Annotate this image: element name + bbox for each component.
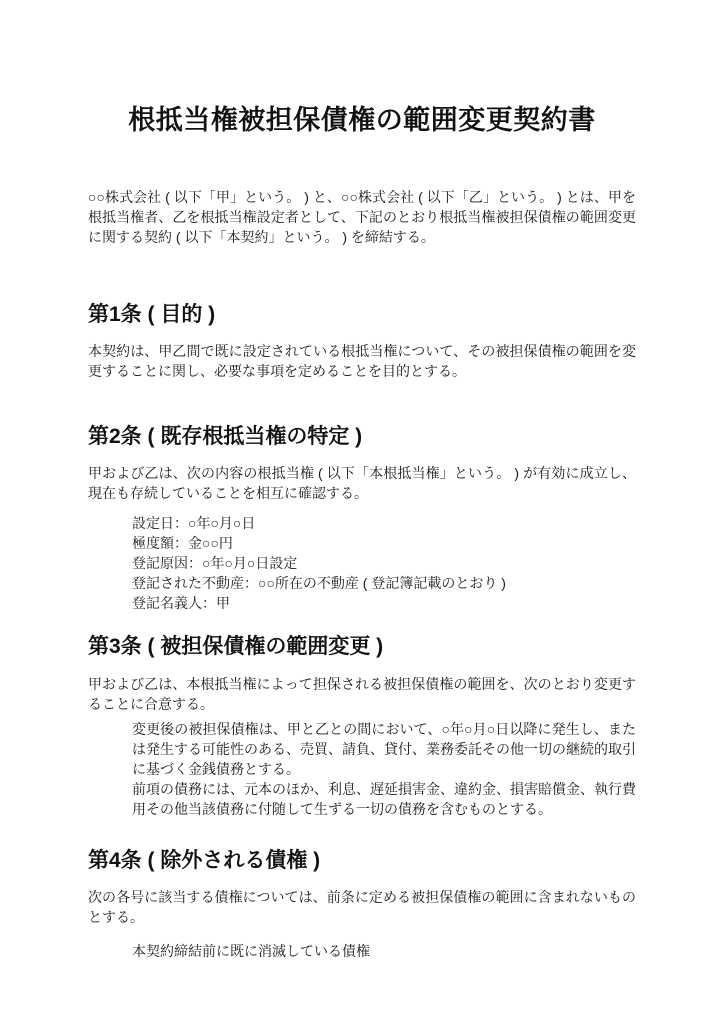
contract-page: 根抵当権被担保債権の範囲変更契約書 ○○株式会社 ( 以下「甲」という。 ) と…	[0, 0, 724, 1024]
article-3-detail-list: 変更後の被担保債権は、甲と乙との間において、○年○月○日以降に発生し、または発生…	[132, 720, 636, 819]
document-title: 根抵当権被担保債権の範囲変更契約書	[88, 104, 636, 136]
list-item: 登記された不動産：○○所在の不動産 ( 登記簿記載のとおり )	[132, 574, 636, 594]
list-item: 設定日：○年○月○日	[132, 514, 636, 534]
list-item: 本契約締結前に既に消滅している債権	[132, 942, 636, 962]
section-article-1: 第1条 ( 目的 ) 本契約は、甲乙間で既に設定されている根抵当権について、その…	[88, 302, 636, 382]
article-4-detail-list: 本契約締結前に既に消滅している債権	[132, 942, 636, 962]
section-article-2: 第2条 ( 既存根抵当権の特定 ) 甲および乙は、次の内容の根抵当権 ( 以下「…	[88, 424, 636, 613]
list-item: 変更後の被担保債権は、甲と乙との間において、○年○月○日以降に発生し、または発生…	[132, 720, 636, 780]
article-4-body: 次の各号に該当する債権については、前条に定める被担保債権の範囲に含まれないものと…	[88, 888, 636, 928]
article-2-detail-list: 設定日：○年○月○日 極度額：金○○円 登記原因：○年○月○日設定 登記された不…	[132, 514, 636, 613]
article-3-heading: 第3条 ( 被担保債権の範囲変更 )	[88, 634, 636, 660]
section-article-4: 第4条 ( 除外される債権 ) 次の各号に該当する債権については、前条に定める被…	[88, 848, 636, 962]
section-article-3: 第3条 ( 被担保債権の範囲変更 ) 甲および乙は、本根抵当権によって担保される…	[88, 634, 636, 819]
list-item: 登記名義人：甲	[132, 594, 636, 614]
article-3-body: 甲および乙は、本根抵当権によって担保される被担保債権の範囲を、次のとおり変更する…	[88, 675, 636, 715]
article-2-heading: 第2条 ( 既存根抵当権の特定 )	[88, 424, 636, 450]
list-item: 前項の債務には、元本のほか、利息、遅延損害金、違約金、損害賠償金、執行費用その他…	[132, 780, 636, 820]
intro-paragraph: ○○株式会社 ( 以下「甲」という。 ) と、○○株式会社 ( 以下「乙」という…	[88, 188, 636, 248]
article-4-heading: 第4条 ( 除外される債権 )	[88, 848, 636, 874]
article-1-heading: 第1条 ( 目的 )	[88, 302, 636, 328]
article-1-body: 本契約は、甲乙間で既に設定されている根抵当権について、その被担保債権の範囲を変更…	[88, 342, 636, 382]
article-2-body: 甲および乙は、次の内容の根抵当権 ( 以下「本根抵当権」という。 ) が有効に成…	[88, 464, 636, 504]
list-item: 極度額：金○○円	[132, 534, 636, 554]
list-item: 登記原因：○年○月○日設定	[132, 554, 636, 574]
